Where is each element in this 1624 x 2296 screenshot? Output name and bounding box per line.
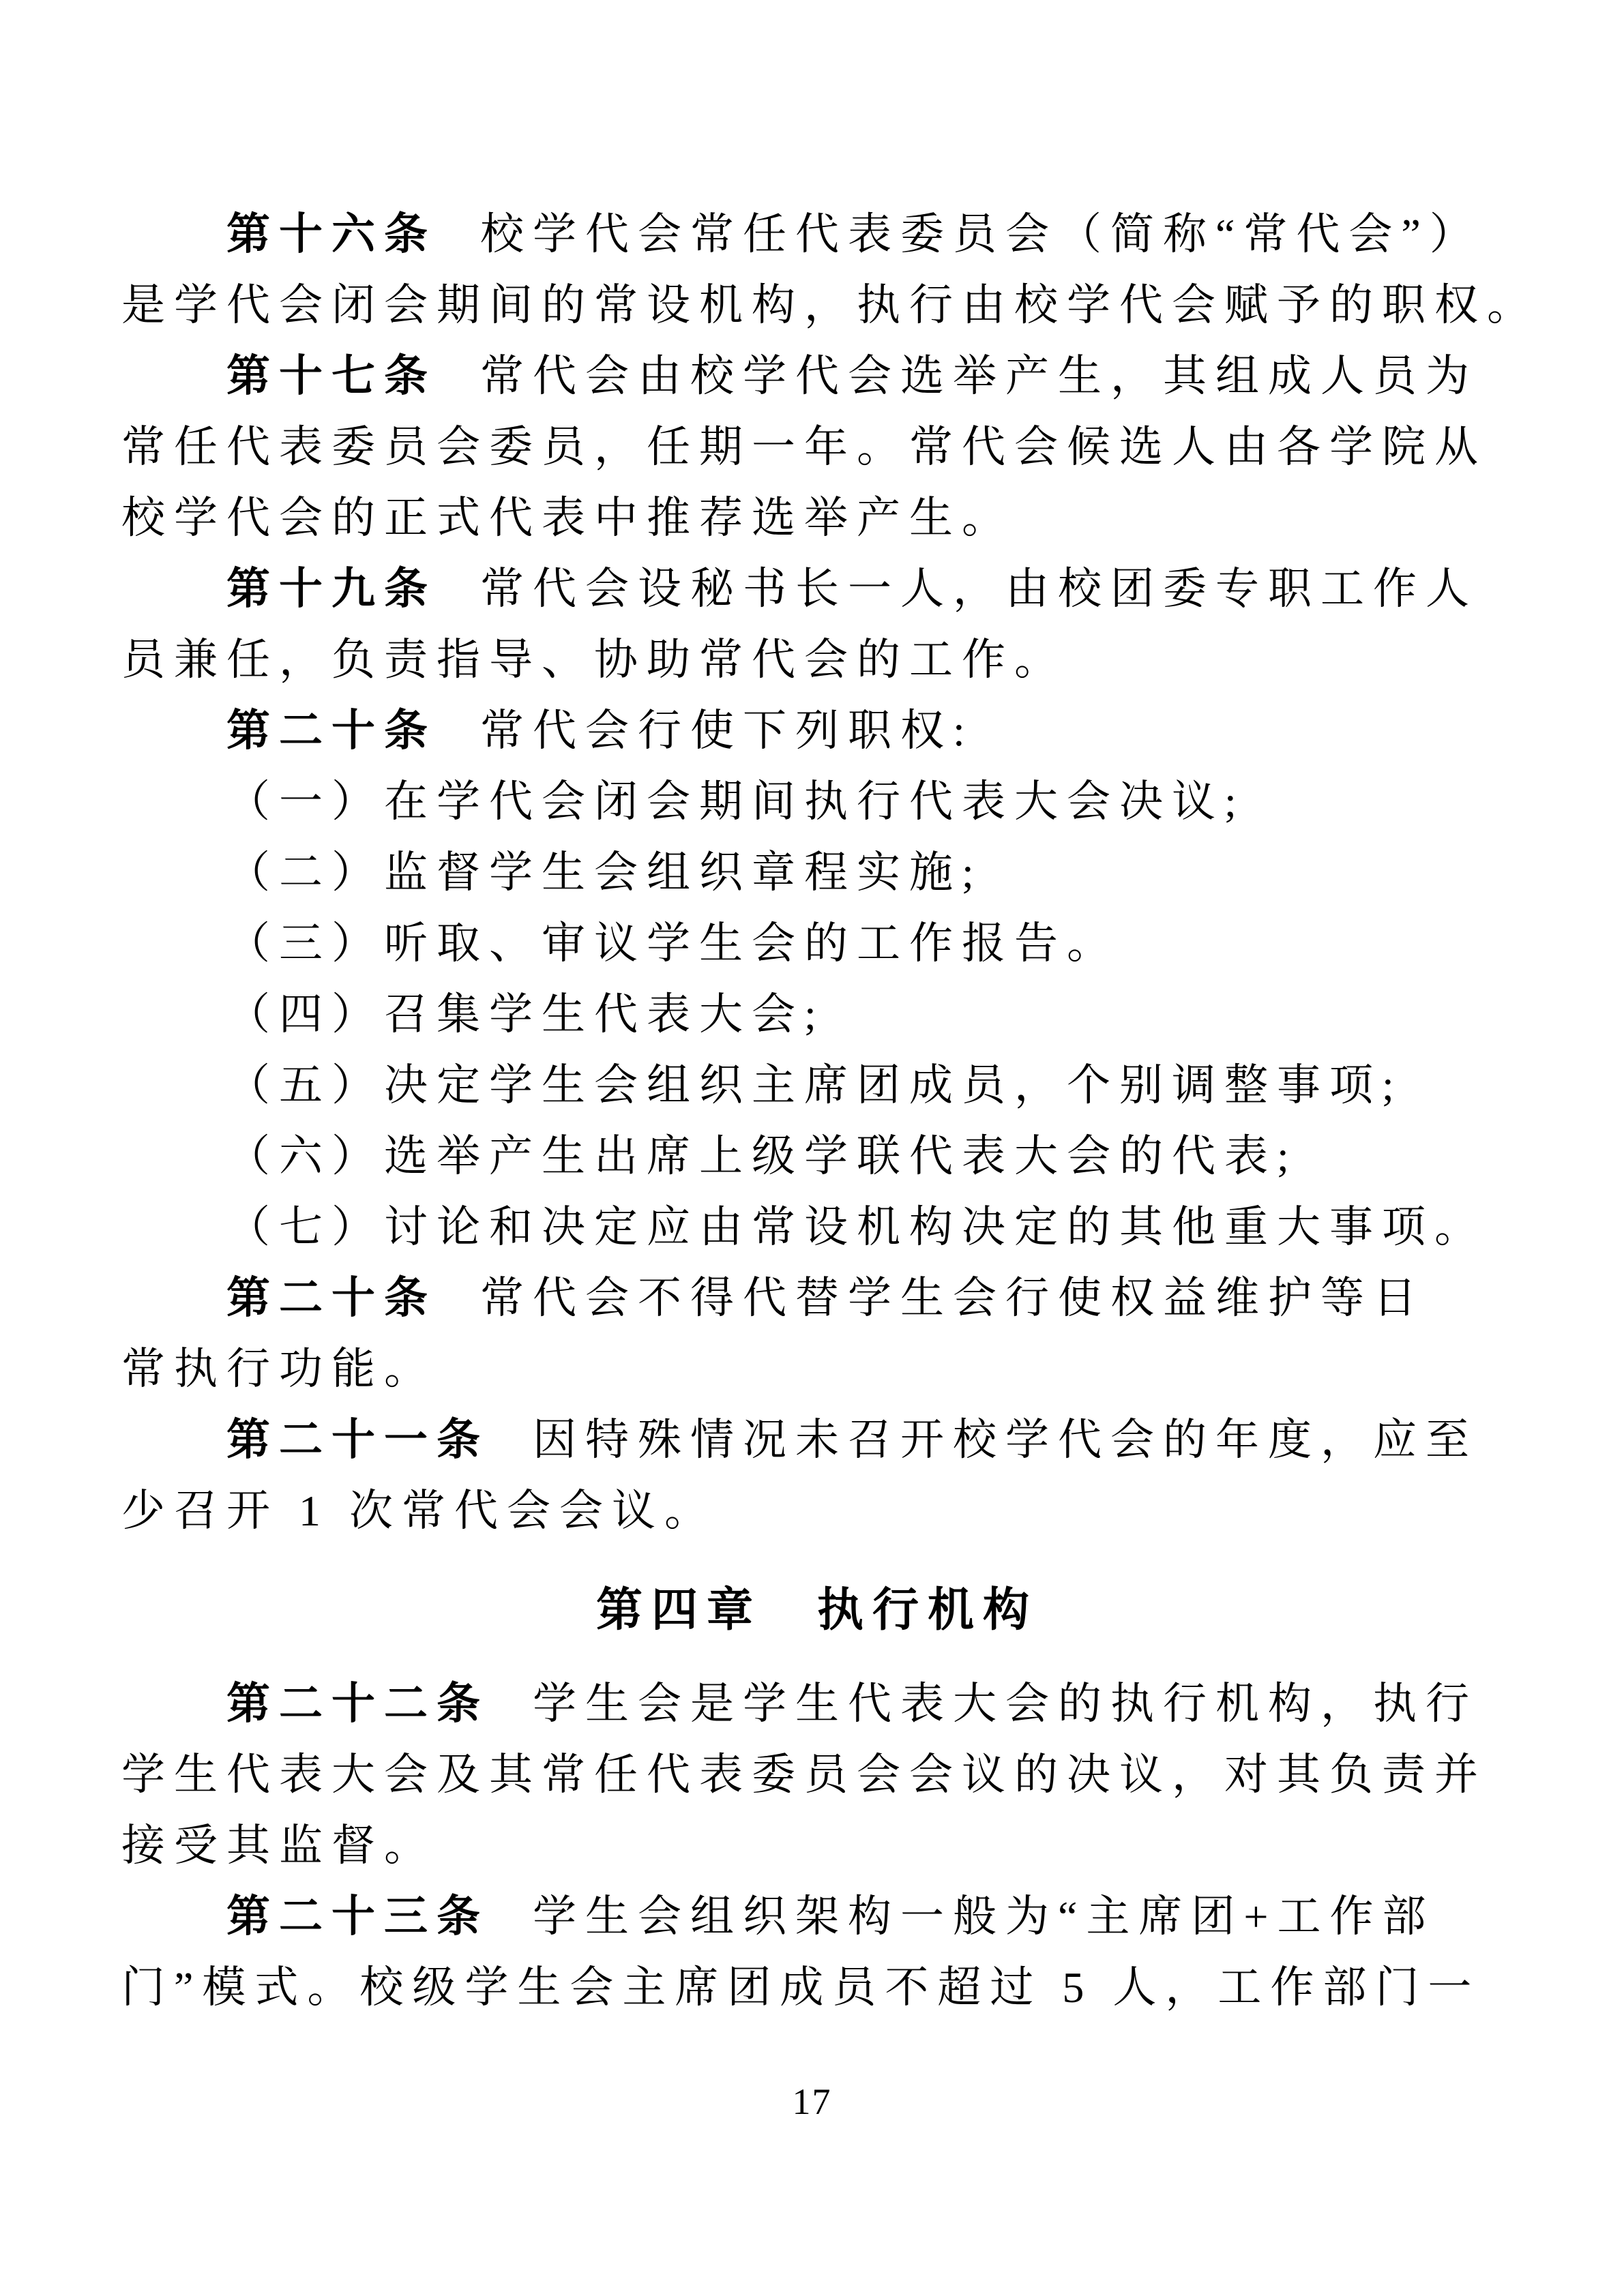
list-item-line: （七）讨论和决定应由常设机构决定的其他重大事项。 — [121, 1192, 1513, 1263]
text-line: 第十六条校学代会常任代表委员会（简称“常代会”） — [121, 199, 1513, 270]
chapter-heading: 第四章 执行机构 — [121, 1575, 1513, 1645]
text-line: 是学代会闭会期间的常设机构，执行由校学代会赋予的职权。 — [121, 270, 1513, 341]
text-line: 第二十条常代会行使下列职权: — [121, 696, 1513, 766]
text-line: 员兼任，负责指导、协助常代会的工作。 — [121, 625, 1513, 696]
line-text: 校学代会常任代表委员会（简称“常代会”） — [480, 210, 1482, 258]
article-number: 第十九条 — [226, 565, 437, 613]
text-line: 少召开 1 次常代会会议。 — [121, 1476, 1513, 1547]
line-text: 学生会组织架构一般为“主席团+工作部 — [533, 1892, 1435, 1941]
article-number: 第二十一条 — [226, 1416, 489, 1464]
text-line: 学生代表大会及其常任代表委员会会议的决议，对其负责并 — [121, 1740, 1513, 1810]
text-line: 校学代会的正式代表中推荐选举产生。 — [121, 483, 1513, 554]
list-item-line: （二）监督学生会组织章程实施; — [121, 837, 1513, 908]
line-text: 常代会设秘书长一人，由校团委专职工作人 — [480, 565, 1478, 613]
document-body: 第十六条校学代会常任代表委员会（简称“常代会”）是学代会闭会期间的常设机构，执行… — [121, 199, 1513, 2023]
article-number: 第二十三条 — [226, 1892, 489, 1941]
document-page: 第十六条校学代会常任代表委员会（简称“常代会”）是学代会闭会期间的常设机构，执行… — [0, 0, 1624, 2296]
line-text: 学生会是学生代表大会的执行机构，执行 — [533, 1680, 1478, 1728]
list-item-line: （四）召集学生代表大会; — [121, 979, 1513, 1050]
line-text: 因特殊情况未召开校学代会的年度，应至 — [533, 1416, 1478, 1464]
article-number: 第二十二条 — [226, 1680, 489, 1728]
list-item-line: （五）决定学生会组织主席团成员，个别调整事项; — [121, 1050, 1513, 1121]
line-text: 常代会由校学代会选举产生，其组成人员为 — [480, 352, 1478, 400]
article-number: 第二十条 — [226, 1274, 437, 1322]
text-line: 第二十二条学生会是学生代表大会的执行机构，执行 — [121, 1669, 1513, 1740]
text-line: 第十九条常代会设秘书长一人，由校团委专职工作人 — [121, 554, 1513, 625]
article-number: 第十七条 — [226, 352, 437, 400]
list-item-line: （六）选举产生出席上级学联代表大会的代表; — [121, 1121, 1513, 1192]
list-item-line: （一）在学代会闭会期间执行代表大会决议; — [121, 766, 1513, 837]
page-number: 17 — [0, 2081, 1624, 2122]
text-line: 常执行功能。 — [121, 1334, 1513, 1405]
list-item-line: （三）听取、审议学生会的工作报告。 — [121, 908, 1513, 979]
line-text: 常代会行使下列职权: — [480, 706, 974, 755]
text-line: 第二十条常代会不得代替学生会行使权益维护等日 — [121, 1263, 1513, 1334]
article-number: 第二十条 — [226, 706, 437, 755]
text-line: 门”模式。校级学生会主席团成员不超过 5 人，工作部门一 — [121, 1952, 1513, 2023]
article-number: 第十六条 — [226, 210, 437, 258]
text-line: 第二十一条因特殊情况未召开校学代会的年度，应至 — [121, 1405, 1513, 1476]
text-line: 常任代表委员会委员，任期一年。常代会候选人由各学院从 — [121, 412, 1513, 483]
line-text: 常代会不得代替学生会行使权益维护等日 — [480, 1274, 1426, 1322]
text-line: 第二十三条学生会组织架构一般为“主席团+工作部 — [121, 1881, 1513, 1952]
text-line: 第十七条常代会由校学代会选举产生，其组成人员为 — [121, 341, 1513, 412]
text-line: 接受其监督。 — [121, 1810, 1513, 1881]
